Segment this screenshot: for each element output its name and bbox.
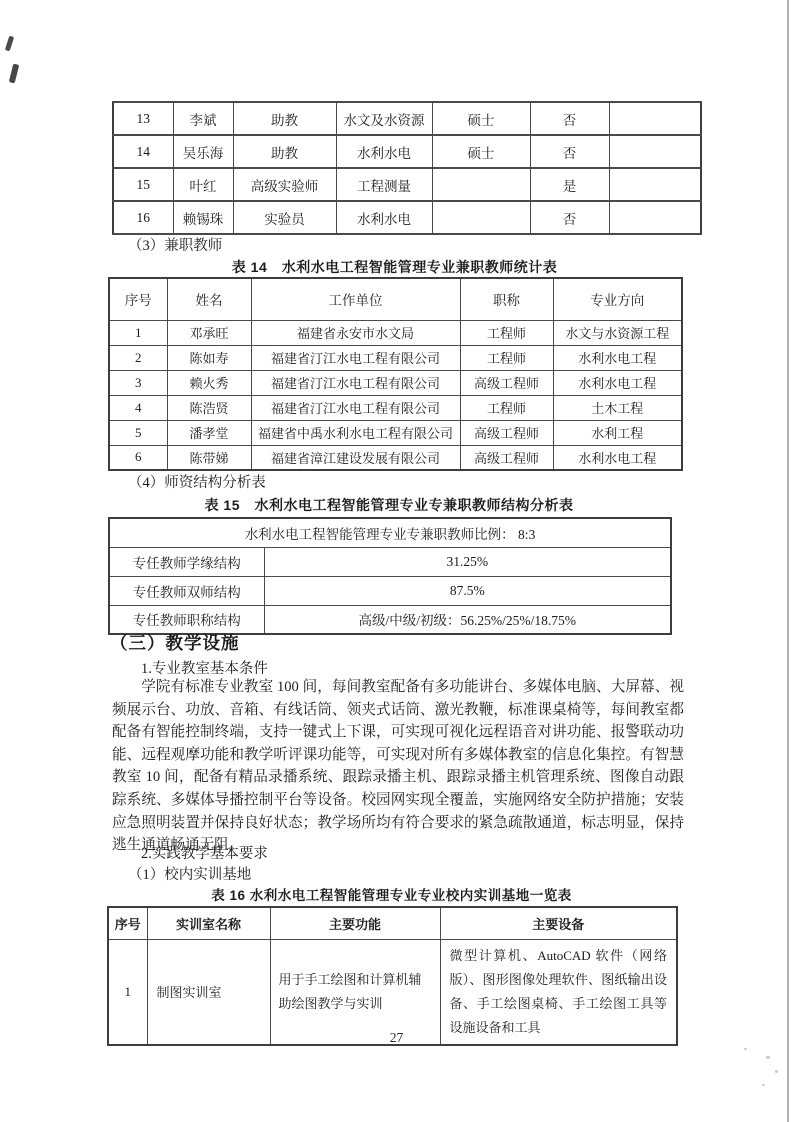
- scan-speck: [762, 1084, 765, 1086]
- table-row: 2 陈如寿 福建省汀江水电工程有限公司 工程师 水利水电工程: [109, 345, 682, 370]
- column-header: 实训室名称: [147, 907, 270, 939]
- column-header: 专业方向: [553, 278, 682, 320]
- table-cell: 助教: [233, 135, 336, 168]
- table-row: 5 潘孝堂 福建省中禹水利水电工程有限公司 高级工程师 水利工程: [109, 420, 682, 445]
- table16-title: 表 16 水利水电工程智能管理专业专业校内实训基地一览表: [107, 886, 676, 906]
- table-cell: 是: [530, 168, 609, 201]
- table-row: 6 陈带娣 福建省漳江建设发展有限公司 高级工程师 水利水电工程: [109, 445, 682, 470]
- table-cell: 邓承旺: [167, 320, 251, 345]
- section-label-parttime-teachers: （3）兼职教师: [128, 236, 222, 256]
- table-cell: 6: [109, 445, 167, 470]
- table-cell: 高级工程师: [460, 445, 553, 470]
- table-cell: 1: [109, 320, 167, 345]
- table-cell: 5: [109, 420, 167, 445]
- table-row: 1 邓承旺 福建省永安市水文局 工程师 水文与水资源工程: [109, 320, 682, 345]
- table-header-row: 序号 姓名 工作单位 职称 专业方向: [109, 278, 682, 320]
- table-cell: 专任教师学缘结构: [109, 547, 264, 576]
- table-row: 13 李斌 助教 水文及水资源 硕士 否: [113, 102, 701, 135]
- table-cell: 李斌: [173, 102, 233, 135]
- table-row: 专任教师职称结构 高级/中级/初级：56.25%/25%/18.75%: [109, 605, 671, 634]
- table-cell: 用于手工绘图和计算机辅助绘图教学与实训: [270, 939, 440, 1045]
- column-header: 工作单位: [251, 278, 460, 320]
- table-cell: 陈浩贤: [167, 395, 251, 420]
- table-cell: 14: [113, 135, 173, 168]
- table-cell: [432, 201, 530, 234]
- table15-title: 表 15 水利水电工程智能管理专业专兼职教师结构分析表: [108, 495, 670, 515]
- subsection-practice-teaching: 2.实践教学基本要求: [141, 844, 268, 864]
- table-cell: 水利水电工程: [553, 445, 682, 470]
- section-label-structure-analysis: （4）师资结构分析表: [128, 473, 266, 493]
- table-row: 3 赖火秀 福建省汀江水电工程有限公司 高级工程师 水利水电工程: [109, 370, 682, 395]
- table-cell: 水利工程: [553, 420, 682, 445]
- table-cell: 高级工程师: [460, 370, 553, 395]
- table-cell: 1: [108, 939, 147, 1045]
- column-header: 主要功能: [270, 907, 440, 939]
- scan-speck: [744, 1048, 747, 1050]
- table-cell: 高级/中级/初级：56.25%/25%/18.75%: [264, 605, 671, 634]
- table-cell: 否: [530, 201, 609, 234]
- table-row: 16 赖锡珠 实验员 水利水电 否: [113, 201, 701, 234]
- table-cell: 否: [530, 102, 609, 135]
- table-cell: 吴乐海: [173, 135, 233, 168]
- column-header: 职称: [460, 278, 553, 320]
- table-cell: 福建省汀江水电工程有限公司: [251, 345, 460, 370]
- table-cell: [609, 201, 701, 234]
- subsection-campus-training-base: （1）校内实训基地: [128, 865, 251, 885]
- ink-mark: [5, 36, 14, 52]
- table-cell: 15: [113, 168, 173, 201]
- table-cell: 硕士: [432, 135, 530, 168]
- table-cell: 工程师: [460, 320, 553, 345]
- table-cell: 福建省永安市水文局: [251, 320, 460, 345]
- column-header: 姓名: [167, 278, 251, 320]
- table-cell: 87.5%: [264, 576, 671, 605]
- scan-speck: [766, 1056, 770, 1059]
- table-cell: 高级工程师: [460, 420, 553, 445]
- table-cell: [432, 168, 530, 201]
- table-cell: 工程师: [460, 395, 553, 420]
- table-cell: 福建省中禹水利水电工程有限公司: [251, 420, 460, 445]
- table-cell: 赖火秀: [167, 370, 251, 395]
- table-row: 15 叶红 高级实验师 工程测量 是: [113, 168, 701, 201]
- table-row: 14 吴乐海 助教 水利水电 硕士 否: [113, 135, 701, 168]
- table-cell: 助教: [233, 102, 336, 135]
- table-cell: 3: [109, 370, 167, 395]
- column-header: 序号: [108, 907, 147, 939]
- table-header-row: 序号 实训室名称 主要功能 主要设备: [108, 907, 677, 939]
- table-cell: 水文及水资源: [336, 102, 432, 135]
- table-cell: 否: [530, 135, 609, 168]
- table-cell: 实验员: [233, 201, 336, 234]
- fulltime-teacher-table-continued: 13 李斌 助教 水文及水资源 硕士 否 14 吴乐海 助教 水利水电 硕士 否…: [112, 101, 702, 235]
- table-row: 1 制图实训室 用于手工绘图和计算机辅助绘图教学与实训 微型计算机、AutoCA…: [108, 939, 677, 1045]
- table-cell: 水文与水资源工程: [553, 320, 682, 345]
- table-cell: [609, 135, 701, 168]
- table-cell: 13: [113, 102, 173, 135]
- table-cell: 专任教师双师结构: [109, 576, 264, 605]
- table-cell: 福建省汀江水电工程有限公司: [251, 370, 460, 395]
- table-row: 专任教师双师结构 87.5%: [109, 576, 671, 605]
- table-cell: 高级实验师: [233, 168, 336, 201]
- table-cell: 工程师: [460, 345, 553, 370]
- ink-mark: [9, 64, 19, 84]
- table-cell: [609, 168, 701, 201]
- table-cell: 福建省汀江水电工程有限公司: [251, 395, 460, 420]
- table-cell: 水利水电工程: [553, 345, 682, 370]
- section-heading-teaching-facilities: （三）教学设施: [110, 632, 240, 654]
- table-row: 专任教师学缘结构 31.25%: [109, 547, 671, 576]
- table-cell: 叶红: [173, 168, 233, 201]
- teacher-structure-table: 水利水电工程智能管理专业专兼职教师比例： 8:3 专任教师学缘结构 31.25%…: [108, 517, 672, 635]
- table-cell: 硕士: [432, 102, 530, 135]
- column-header: 主要设备: [440, 907, 677, 939]
- scan-speck: [775, 1070, 778, 1073]
- table-cell: 4: [109, 395, 167, 420]
- table-cell: 水利水电: [336, 201, 432, 234]
- table-cell: 福建省漳江建设发展有限公司: [251, 445, 460, 470]
- table-cell: 工程测量: [336, 168, 432, 201]
- table14-title: 表 14 水利水电工程智能管理专业兼职教师统计表: [108, 257, 681, 277]
- table-cell: 2: [109, 345, 167, 370]
- ratio-cell: 水利水电工程智能管理专业专兼职教师比例： 8:3: [109, 518, 671, 547]
- table-cell: 土木工程: [553, 395, 682, 420]
- table-cell: 16: [113, 201, 173, 234]
- training-base-table: 序号 实训室名称 主要功能 主要设备 1 制图实训室 用于手工绘图和计算机辅助绘…: [107, 906, 678, 1046]
- table-cell: [609, 102, 701, 135]
- table-row: 4 陈浩贤 福建省汀江水电工程有限公司 工程师 土木工程: [109, 395, 682, 420]
- table-row: 水利水电工程智能管理专业专兼职教师比例： 8:3: [109, 518, 671, 547]
- table-cell: 陈带娣: [167, 445, 251, 470]
- parttime-teacher-table: 序号 姓名 工作单位 职称 专业方向 1 邓承旺 福建省永安市水文局 工程师 水…: [108, 277, 683, 471]
- table-cell: 陈如寿: [167, 345, 251, 370]
- classroom-paragraph: 学院有标准专业教室 100 间，每间教室配备有多功能讲台、多媒体电脑、大屏幕、视…: [112, 676, 684, 857]
- table-cell: 专任教师职称结构: [109, 605, 264, 634]
- table-cell: 微型计算机、AutoCAD 软件（网络版）、图形图像处理软件、图纸输出设备、手工…: [440, 939, 677, 1045]
- document-page: 13 李斌 助教 水文及水资源 硕士 否 14 吴乐海 助教 水利水电 硕士 否…: [0, 0, 793, 1122]
- column-header: 序号: [109, 278, 167, 320]
- table-cell: 水利水电: [336, 135, 432, 168]
- table-cell: 水利水电工程: [553, 370, 682, 395]
- page-number: 27: [0, 1030, 793, 1046]
- table-cell: 潘孝堂: [167, 420, 251, 445]
- table-cell: 制图实训室: [147, 939, 270, 1045]
- page-edge-line: [787, 0, 789, 1122]
- table-cell: 赖锡珠: [173, 201, 233, 234]
- table-cell: 31.25%: [264, 547, 671, 576]
